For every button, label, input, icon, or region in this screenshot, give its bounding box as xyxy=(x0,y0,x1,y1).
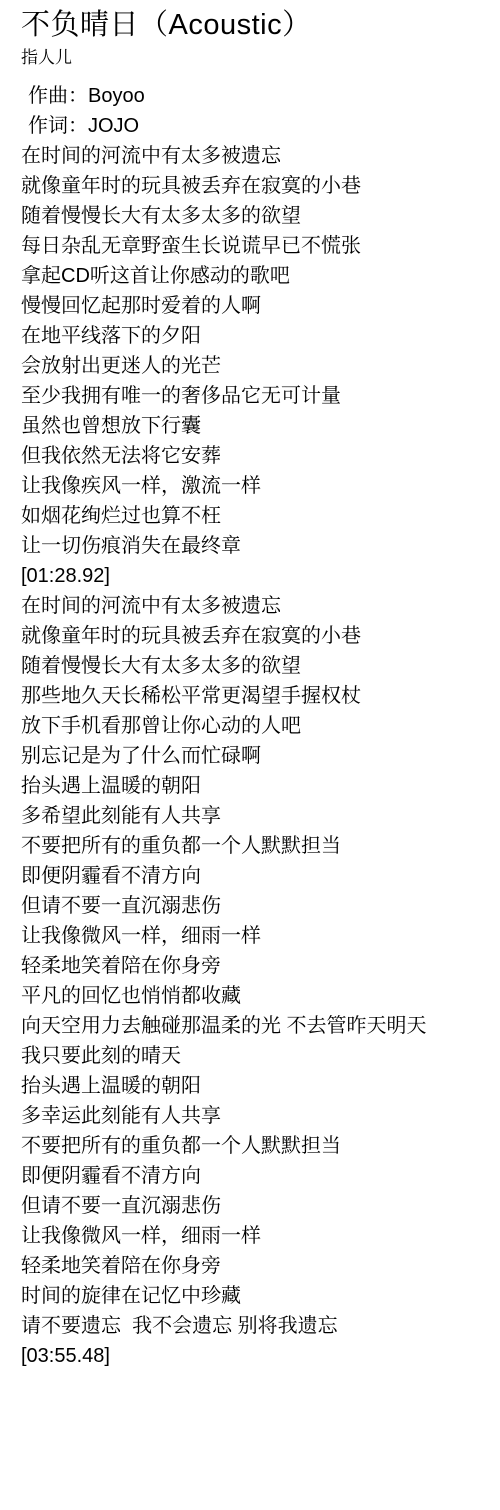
lyric-line: 轻柔地笑着陪在你身旁 xyxy=(21,1251,490,1281)
lyric-line: [01:28.92] xyxy=(21,561,490,591)
lyric-line: 每日杂乱无章野蛮生长说谎早已不慌张 xyxy=(21,231,490,261)
lyric-line: 时间的旋律在记忆中珍藏 xyxy=(21,1281,490,1311)
lyric-line: 让我像疾风一样，激流一样 xyxy=(21,471,490,501)
artist-name: 指人儿 xyxy=(21,46,490,70)
lyric-line: 多希望此刻能有人共享 xyxy=(21,801,490,831)
song-title: 不负晴日（Acoustic） xyxy=(21,0,490,43)
lyric-line: 我只要此刻的晴天 xyxy=(21,1041,490,1071)
lyric-line: 至少我拥有唯一的奢侈品它无可计量 xyxy=(21,381,490,411)
lyric-line: 让一切伤痕消失在最终章 xyxy=(21,531,490,561)
lyric-line: 那些地久天长稀松平常更渴望手握权杖 xyxy=(21,681,490,711)
lyric-line: 慢慢回忆起那时爱着的人啊 xyxy=(21,291,490,321)
lyrics-lines: 在时间的河流中有太多被遗忘就像童年时的玩具被丢弃在寂寞的小巷随着慢慢长大有太多太… xyxy=(21,141,490,1371)
lyric-line: 别忘记是为了什么而忙碌啊 xyxy=(21,741,490,771)
lyric-line: 如烟花绚烂过也算不枉 xyxy=(21,501,490,531)
lyric-line: 虽然也曾想放下行囊 xyxy=(21,411,490,441)
lyric-line: 在时间的河流中有太多被遗忘 xyxy=(21,141,490,171)
lyric-line: 会放射出更迷人的光芒 xyxy=(21,351,490,381)
lyric-line: 即便阴霾看不清方向 xyxy=(21,861,490,891)
lyric-line: 让我像微风一样，细雨一样 xyxy=(21,921,490,951)
lyric-line: 不要把所有的重负都一个人默默担当 xyxy=(21,831,490,861)
lyric-line: 抬头遇上温暖的朝阳 xyxy=(21,771,490,801)
lyric-line: 让我像微风一样，细雨一样 xyxy=(21,1221,490,1251)
lyric-line: 在地平线落下的夕阳 xyxy=(21,321,490,351)
lyric-line: 拿起CD听这首让你感动的歌吧 xyxy=(21,261,490,291)
lyrics-page: 不负晴日（Acoustic） 指人儿 作曲：Boyoo作词：JOJO 在时间的河… xyxy=(0,0,500,1371)
lyric-line: 轻柔地笑着陪在你身旁 xyxy=(21,951,490,981)
lyrics-section: 作曲：Boyoo作词：JOJO 在时间的河流中有太多被遗忘就像童年时的玩具被丢弃… xyxy=(21,81,490,1371)
lyric-line: 在时间的河流中有太多被遗忘 xyxy=(21,591,490,621)
credit-line: 作词：JOJO xyxy=(21,111,490,141)
lyric-line: 但我依然无法将它安葬 xyxy=(21,441,490,471)
lyric-line: 随着慢慢长大有太多太多的欲望 xyxy=(21,651,490,681)
lyric-line: 就像童年时的玩具被丢弃在寂寞的小巷 xyxy=(21,171,490,201)
lyric-line: 放下手机看那曾让你心动的人吧 xyxy=(21,711,490,741)
lyric-line: 平凡的回忆也悄悄都收藏 xyxy=(21,981,490,1011)
credits: 作曲：Boyoo作词：JOJO xyxy=(21,81,490,141)
lyric-line: 但请不要一直沉溺悲伤 xyxy=(21,1191,490,1221)
lyric-line: 向天空用力去触碰那温柔的光 不去管昨天明天 xyxy=(21,1011,490,1041)
lyric-line: 即便阴霾看不清方向 xyxy=(21,1161,490,1191)
lyric-line: 请不要遗忘 我不会遗忘 别将我遗忘 xyxy=(21,1311,490,1341)
lyric-line: 就像童年时的玩具被丢弃在寂寞的小巷 xyxy=(21,621,490,651)
lyric-line: [03:55.48] xyxy=(21,1341,490,1371)
lyric-line: 但请不要一直沉溺悲伤 xyxy=(21,891,490,921)
lyric-line: 随着慢慢长大有太多太多的欲望 xyxy=(21,201,490,231)
credit-line: 作曲：Boyoo xyxy=(21,81,490,111)
lyric-line: 多幸运此刻能有人共享 xyxy=(21,1101,490,1131)
lyric-line: 不要把所有的重负都一个人默默担当 xyxy=(21,1131,490,1161)
lyric-line: 抬头遇上温暖的朝阳 xyxy=(21,1071,490,1101)
